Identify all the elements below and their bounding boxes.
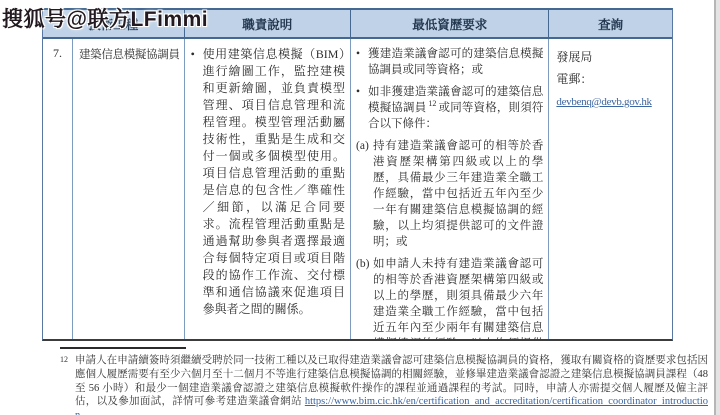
enquiry-email-link[interactable]: devbenq@devb.gov.hk [556, 96, 651, 108]
table-row: 7. 建築信息模擬協調員 • 使用建築信息模擬（BIM）進行繪圖工作，監控建模和… [43, 39, 672, 339]
condition-b-label: (b) [356, 256, 373, 339]
cell-enquiry: 發展局 電郵： devbenq@devb.gov.hk [549, 39, 672, 339]
scan-edge-line [714, 0, 716, 415]
bullet-icon: • [356, 84, 368, 132]
condition-b: (b) 如申請人未持有建造業議會認可的相等於香港資歷架構第四級或以上的學歷，則須… [356, 256, 543, 339]
footnote-marker: 12 [60, 353, 68, 367]
header-requirements: 最低資歷要求 [351, 10, 549, 37]
bullet-icon: • [356, 46, 368, 78]
duties-paragraph: • 使用建築信息模擬（BIM）進行繪圖工作，監控建模和更新繪圖，並負責模型管理、… [191, 46, 345, 318]
condition-a-label: (a) [356, 138, 373, 250]
requirement-2-text: 如非獲建造業議會認可的建築信息模擬協調員12或同等資格，則須符合以下條件： [368, 84, 543, 132]
duties-text: 使用建築信息模擬（BIM）進行繪圖工作，監控建模和更新繪圖，並負責模型管理、項目… [203, 46, 345, 318]
watermark: 搜狐号@联方LFimmi [2, 3, 208, 33]
condition-b-text: 如申請人未持有建造業議會認可的相等於香港資歷架構第四級或以上的學歷，則須具備最少… [373, 256, 543, 339]
cell-duties: • 使用建築信息模擬（BIM）進行繪圖工作，監控建模和更新繪圖，並負責模型管理、… [185, 39, 351, 339]
header-enquiry: 查詢 [549, 10, 672, 37]
enquiry-org: 發展局 [556, 46, 668, 68]
cell-trade-name: 建築信息模擬協調員 [73, 39, 185, 339]
cell-row-number: 7. [43, 39, 73, 339]
requirement-bullet-1: • 獲建造業議會認可的建築信息模擬協調員或同等資格；或 [356, 46, 543, 78]
footnote-reference: 12 [426, 99, 438, 108]
requirement-1-text: 獲建造業議會認可的建築信息模擬協調員或同等資格；或 [368, 46, 543, 78]
enquiry-email-label: 電郵： [556, 68, 668, 90]
condition-a: (a) 持有建造業議會認可的相等於香港資歷架構第四級或以上的學歷，具備最少三年建… [356, 138, 543, 250]
footnote-text-end: 。 [80, 410, 91, 415]
bullet-icon: • [191, 46, 203, 318]
requirement-bullet-2: • 如非獲建造業議會認可的建築信息模擬協調員12或同等資格，則須符合以下條件： [356, 84, 543, 132]
footnote-separator [60, 347, 186, 349]
header-duties: 職責說明 [185, 10, 351, 37]
footnote: 12申請人在申請續簽時須繼續受聘於同一技術工種以及已取得建造業議會認可建築信息模… [60, 354, 708, 415]
cell-requirements: • 獲建造業議會認可的建築信息模擬協調員或同等資格；或 • 如非獲建造業議會認可… [351, 39, 549, 339]
qualification-table: 技術工種 職責說明 最低資歷要求 查詢 7. 建築信息模擬協調員 • 使用建築信… [42, 8, 673, 341]
condition-a-text: 持有建造業議會認可的相等於香港資歷架構第四級或以上的學歷，具備最少三年建造業全職… [373, 138, 543, 250]
document-page: 搜狐号@联方LFimmi 技術工種 職責說明 最低資歷要求 查詢 7. 建築信息… [0, 0, 720, 415]
